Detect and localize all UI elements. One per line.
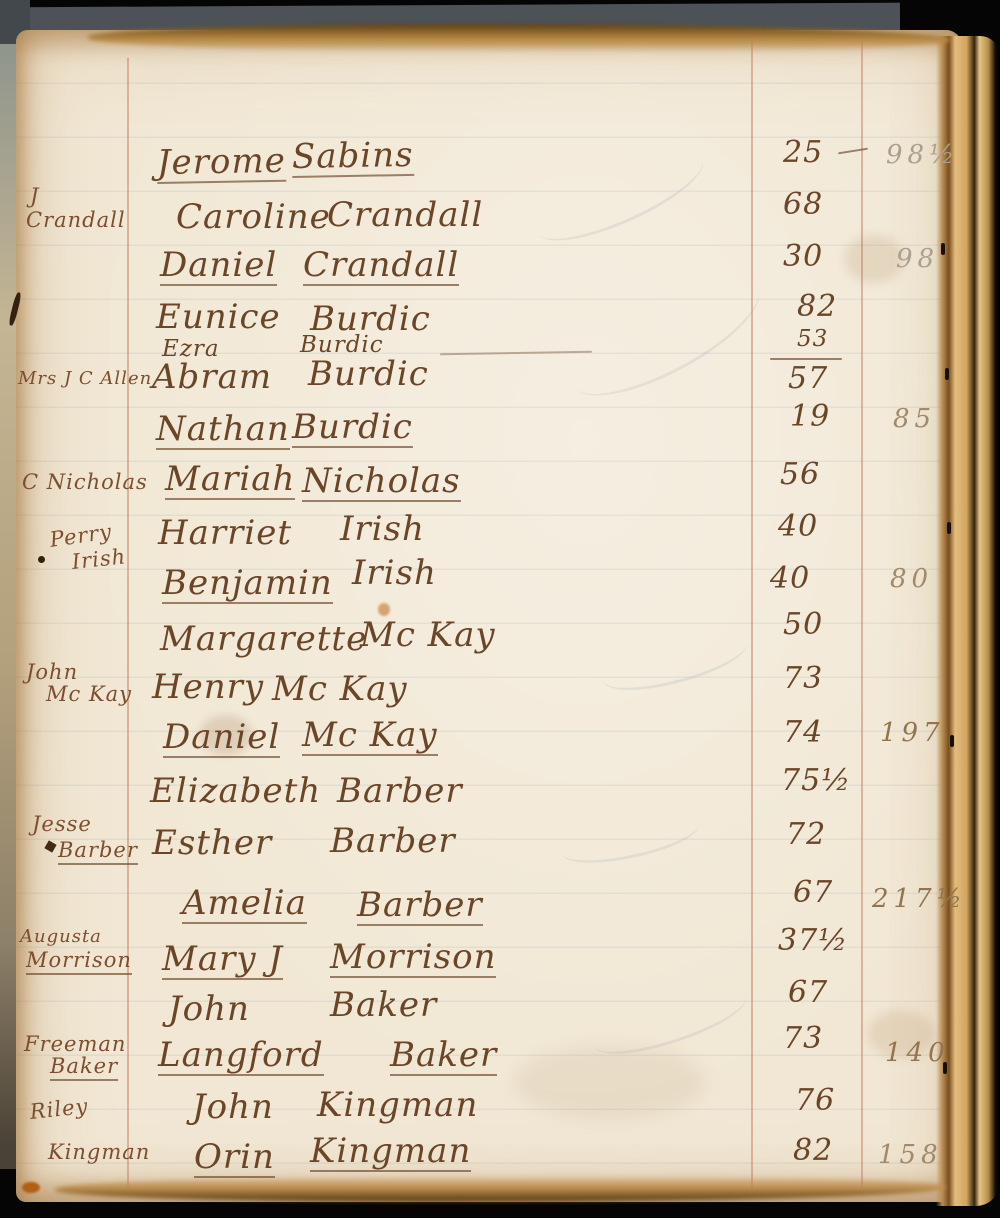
- row-value: 53: [797, 328, 828, 351]
- margin-name: J: [30, 186, 39, 207]
- surname: Barber: [357, 888, 483, 926]
- row-value: 57: [788, 364, 828, 394]
- given-name: Benjamin: [162, 566, 333, 604]
- row-value: 40: [770, 564, 810, 594]
- surname: Barber: [337, 774, 463, 808]
- margin-name: Mc Kay: [46, 684, 132, 705]
- row-total: 85: [893, 406, 936, 432]
- page-top-edge: [88, 24, 950, 52]
- surname: Nicholas: [302, 464, 461, 502]
- row-value: 72: [786, 820, 826, 850]
- ink-fleck: [38, 556, 45, 563]
- row-total: 98: [896, 246, 939, 272]
- margin-name: Baker: [50, 1056, 118, 1081]
- given-name: Caroline: [176, 200, 331, 234]
- row-total: 158: [878, 1142, 943, 1168]
- surname: Crandall: [327, 198, 483, 232]
- row-value: 74: [783, 718, 823, 748]
- surname: Baker: [390, 1038, 497, 1076]
- margin-name: Crandall: [26, 210, 126, 231]
- margin-name: Morrison: [26, 950, 132, 975]
- given-name: Daniel: [163, 720, 280, 758]
- surname: Mc Kay: [360, 618, 496, 652]
- stain: [515, 1045, 705, 1120]
- stain: [845, 235, 903, 283]
- row-total: 80: [890, 566, 933, 592]
- value-column-rule: [751, 40, 753, 1190]
- row-value: 67: [788, 978, 828, 1008]
- surname: Irish: [340, 512, 425, 546]
- row-value: 50: [783, 610, 823, 640]
- surname: Morrison: [330, 940, 496, 978]
- row-total: 217½: [872, 886, 967, 912]
- edge-mark: [947, 522, 951, 534]
- margin-name: Mrs J C Allen: [18, 370, 152, 388]
- margin-name: Irish: [71, 546, 127, 573]
- given-name: Elizabeth: [150, 774, 321, 808]
- margin-name: Kingman: [48, 1142, 150, 1163]
- row-value: 19: [790, 402, 830, 432]
- margin-name: Augusta: [20, 928, 102, 946]
- row-total: 98½: [886, 142, 959, 168]
- row-value: 40: [778, 512, 818, 542]
- row-value: 25: [783, 138, 823, 168]
- row-value: 56: [780, 460, 820, 490]
- given-name: Eunice: [156, 300, 281, 334]
- margin-rule: [127, 58, 129, 1190]
- sum-line: [770, 358, 842, 360]
- given-name: Harriet: [158, 516, 292, 550]
- surname: Sabins: [292, 138, 414, 178]
- row-value: 67: [793, 878, 833, 908]
- surname: Kingman: [310, 1134, 471, 1172]
- given-name: Orin: [194, 1140, 275, 1178]
- given-name: Mariah: [165, 462, 295, 500]
- page-stack-edge: [936, 36, 1000, 1206]
- given-name: Margarette: [160, 622, 367, 656]
- edge-mark: [941, 243, 945, 255]
- row-value: 73: [783, 664, 823, 694]
- row-value: 75½: [781, 766, 851, 796]
- edge-mark: [945, 368, 949, 380]
- edge-mark: [950, 735, 954, 747]
- surname: Crandall: [303, 248, 459, 286]
- surname: Burdic: [310, 302, 431, 336]
- surname: Burdic: [292, 410, 413, 448]
- margin-name: Freeman: [24, 1034, 126, 1055]
- surname: Barber: [330, 824, 456, 858]
- row-value: 68: [783, 190, 823, 220]
- margin-name: Jesse: [32, 814, 92, 835]
- given-name: Langford: [158, 1038, 324, 1076]
- margin-name: C Nicholas: [22, 472, 148, 493]
- given-name: John: [168, 992, 250, 1026]
- given-name: Abram: [152, 360, 272, 394]
- given-name: Esther: [152, 826, 272, 860]
- given-name: Nathan: [156, 412, 290, 450]
- surname: Kingman: [317, 1088, 478, 1122]
- row-total: 140: [885, 1040, 950, 1066]
- surname: Baker: [330, 988, 437, 1022]
- scanned-ledger-page: Jerome Sabins 25 98½ J Crandall Caroline…: [0, 0, 1000, 1218]
- given-name: Daniel: [160, 248, 277, 286]
- row-value: 76: [795, 1086, 835, 1116]
- given-name: John: [192, 1090, 274, 1124]
- surname: Irish: [352, 556, 437, 590]
- total-column-rule: [861, 40, 863, 1188]
- row-total: 197: [880, 720, 945, 746]
- row-value: 82: [797, 292, 837, 322]
- given-name: Henry: [152, 670, 264, 704]
- row-value: 30: [783, 242, 823, 272]
- given-name: Jerome: [157, 144, 286, 184]
- row-value: 82: [793, 1136, 833, 1166]
- margin-name: John: [26, 662, 78, 683]
- given-name: Amelia: [182, 886, 307, 924]
- margin-name: Barber: [58, 840, 138, 865]
- row-value: 37½: [778, 926, 848, 956]
- surname: Mc Kay: [272, 672, 408, 706]
- given-name: Mary J: [162, 942, 283, 980]
- surname: Mc Kay: [302, 718, 438, 756]
- row-value: 73: [783, 1024, 823, 1054]
- surname: Burdic: [308, 357, 429, 391]
- ink-fleck: [22, 1182, 40, 1193]
